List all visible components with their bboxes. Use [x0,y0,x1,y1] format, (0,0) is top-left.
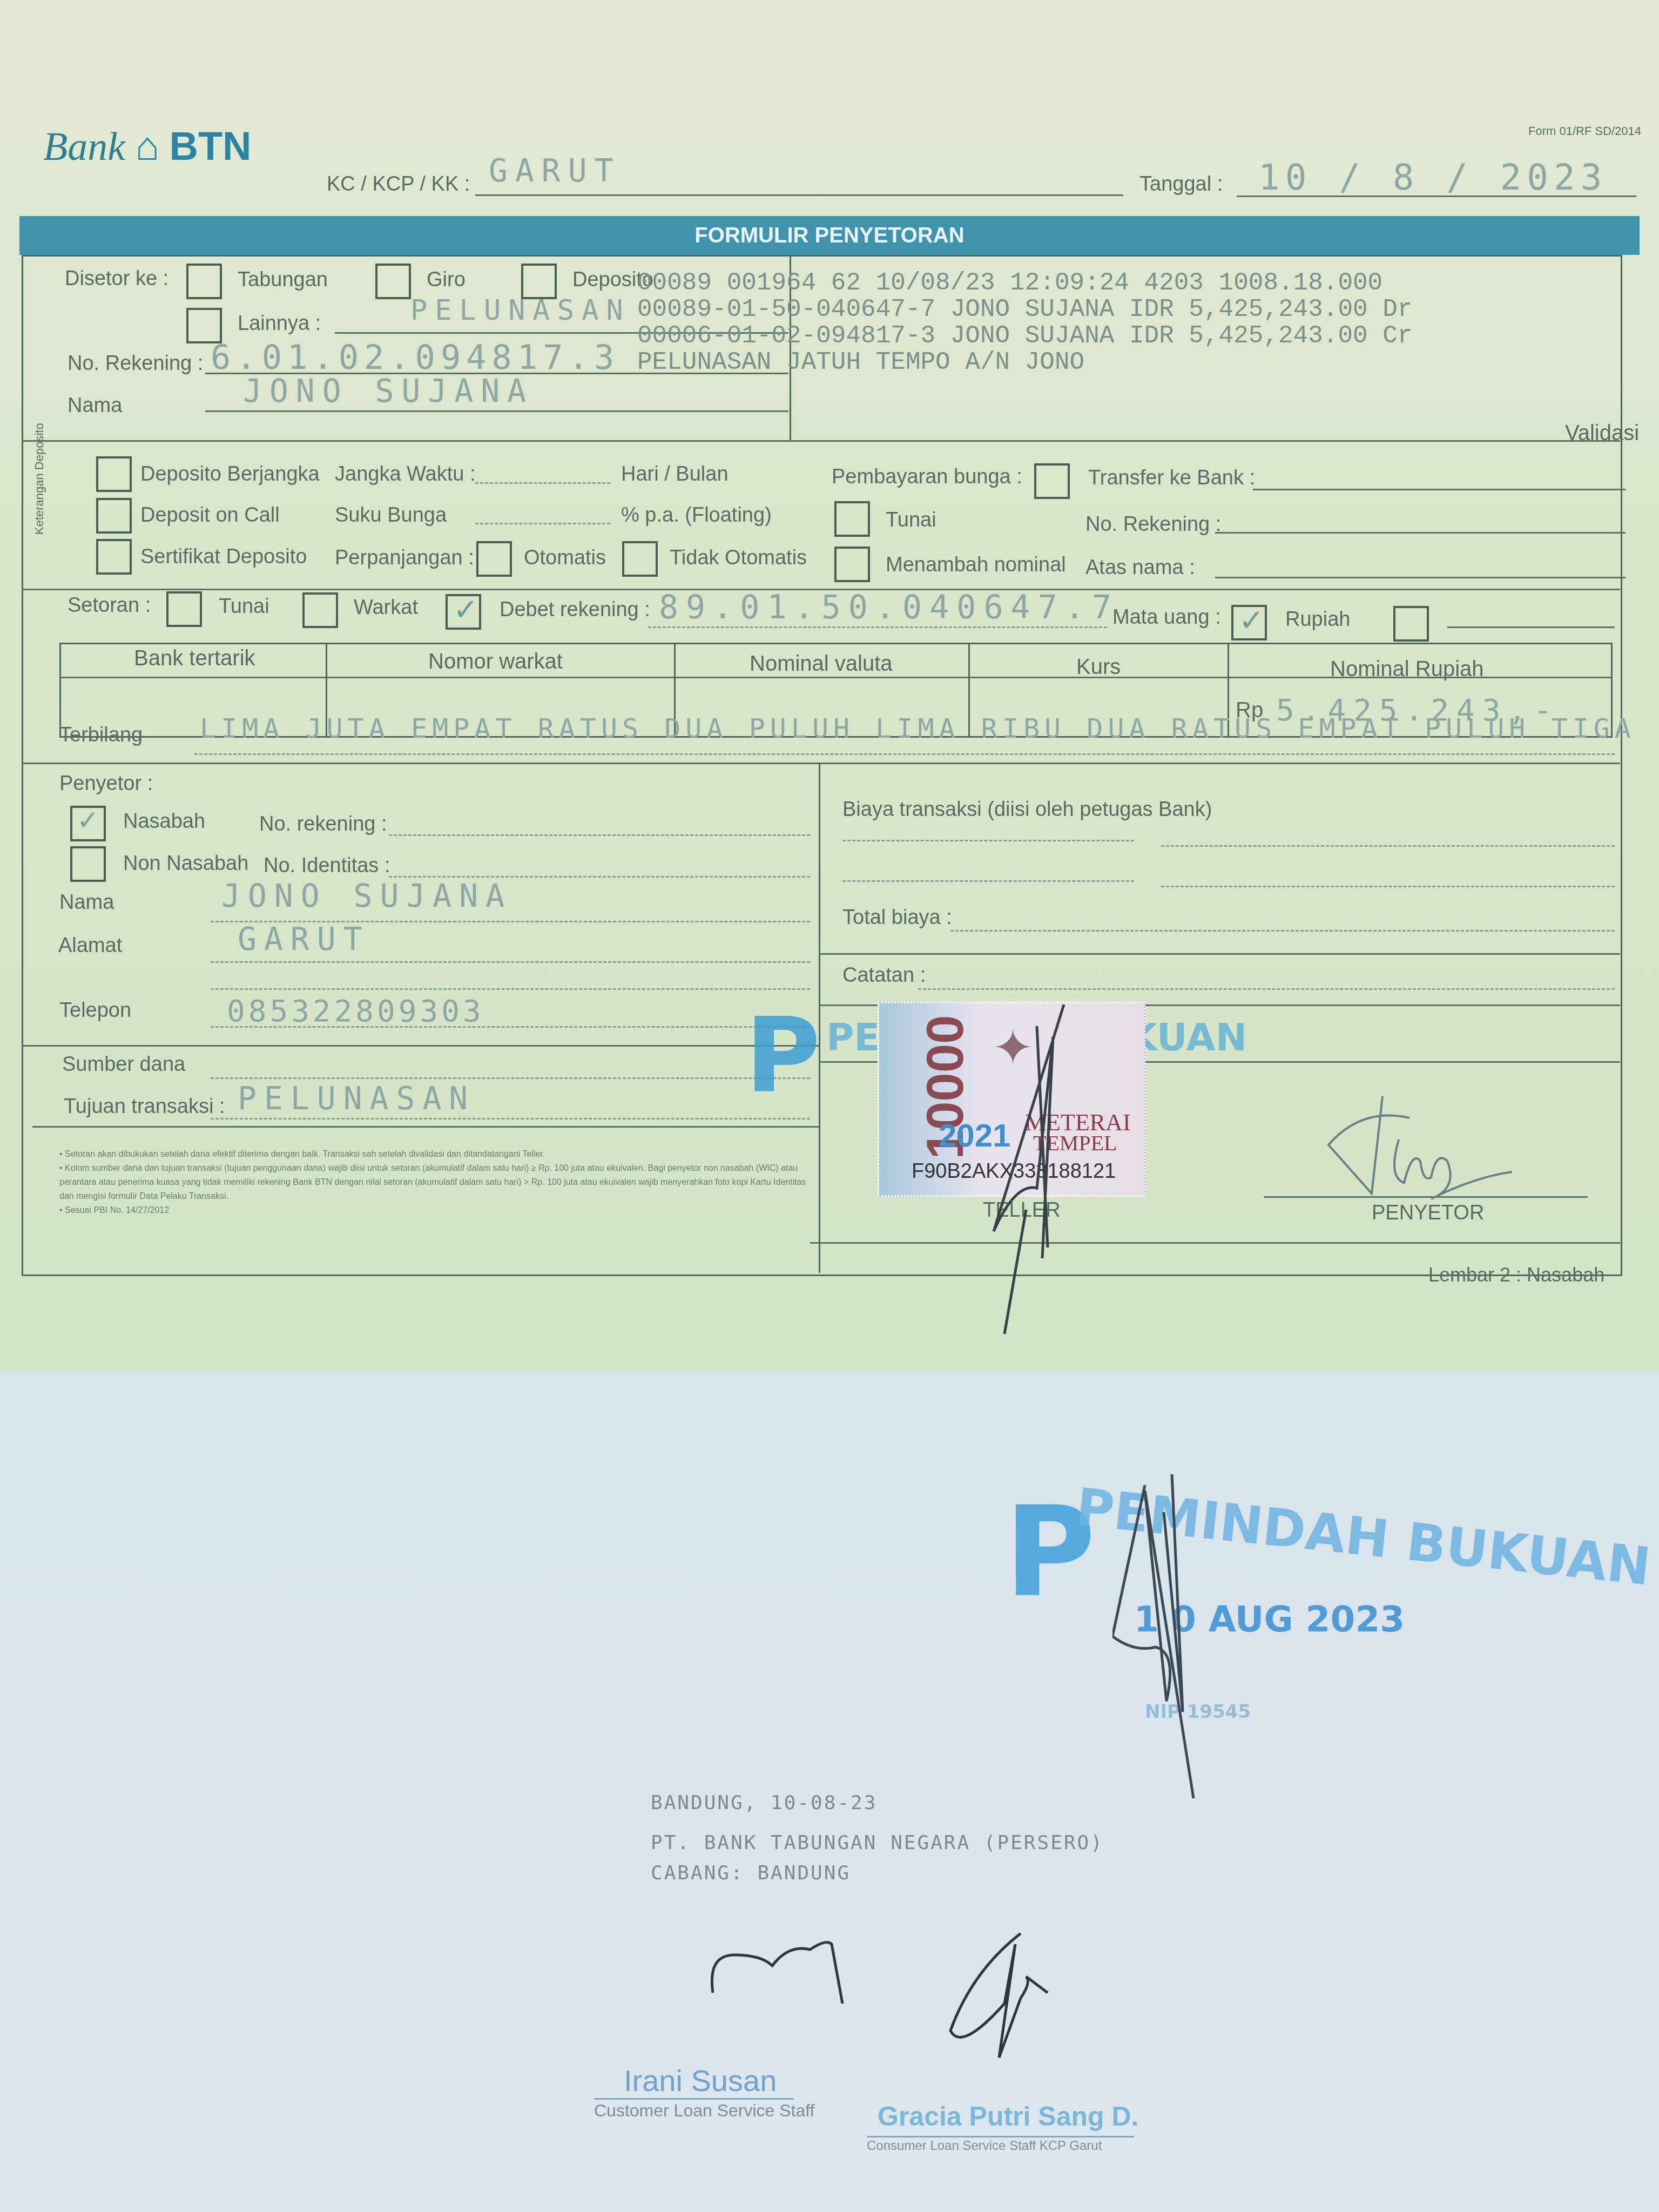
atas-nama-label: Atas nama : [1085,556,1195,579]
checkbox-setoran-warkat[interactable] [302,592,338,628]
alamat-label: Alamat [58,934,122,957]
checkbox-rupiah[interactable]: ✓ [1231,605,1267,640]
checkbox-debet-rekening[interactable]: ✓ [446,594,481,630]
validation-line-4: PELUNASAN JATUH TEMPO A/N JONO [637,348,1084,376]
branch-value[interactable]: GARUT [489,152,621,189]
checkbox-sertifikat-deposito[interactable] [96,539,132,575]
form-title: FORMULIR PENYETORAN [19,216,1640,255]
checkbox-other-currency[interactable] [1393,606,1429,642]
debet-rekening-value[interactable]: 89.01.50.040647.7 [659,589,1119,626]
biaya-transaksi-label: Biaya transaksi (diisi oleh petugas Bank… [842,798,1212,821]
option-giro: Giro [427,268,466,292]
tujuan-transaksi-value[interactable]: PELUNASAN [238,1080,475,1117]
setoran-tunai-option: Tunai [219,595,269,618]
signature-irani [702,1923,853,2009]
no-rekening-label: No. Rekening : [68,352,203,375]
header-nominal-valuta: Nominal valuta [750,652,893,676]
endorsement-date: BANDUNG, 10-08-23 [651,1792,877,1814]
setoran-label: Setoran : [68,594,151,617]
checkbox-tabungan[interactable] [186,264,222,299]
nama-value[interactable]: JONO SUJANA [243,373,534,409]
no-rekening-value[interactable]: 6.01.02.094817.3 [211,338,619,377]
suku-bunga-label: Suku Bunga [335,504,447,527]
penyetor-signature [1296,1085,1545,1215]
option-tabungan: Tabungan [238,268,328,292]
pembayaran-bunga-label: Pembayaran bunga : [832,466,1022,489]
endorsement-bank: PT. BANK TABUNGAN NEGARA (PERSERO) [651,1832,1104,1854]
telepon-value[interactable]: 085322809303 [227,994,484,1029]
validation-line-3: 00006-01-02-094817-3 JONO SUJANA IDR 5,4… [637,322,1412,350]
perpanjangan-label: Perpanjangan : [335,547,474,570]
tunai-bunga-option: Tunai [886,509,936,532]
header-nomor-warkat: Nomor warkat [428,650,563,674]
checkbox-giro[interactable] [375,264,411,299]
note-item: • Sesuai PBI No. 14/27/2012 [59,1204,815,1218]
note-item: • Setoran akan dibukukan setelah dana ef… [59,1148,815,1162]
bunga-no-rekening-label: No. Rekening : [1085,513,1221,536]
teller-signature [983,1004,1091,1339]
penyetor-label: Penyetor : [59,772,153,795]
deposit-on-call: Deposit on Call [140,504,280,527]
logo-bank-word: Bank [43,125,125,169]
checkbox-setoran-tunai[interactable] [166,591,202,627]
tujuan-transaksi-label: Tujuan transaksi : [64,1095,225,1118]
suku-bunga-unit: % p.a. (Floating) [621,504,772,527]
header-nominal-rupiah: Nominal Rupiah [1330,657,1484,682]
menambah-nominal-option: Menambah nominal [886,554,1066,577]
check-mark-icon: ✓ [1239,603,1264,638]
setoran-warkat-option: Warkat [354,596,418,619]
checkbox-otomatis[interactable] [476,541,512,577]
checkbox-menambah-nominal[interactable] [834,547,870,582]
alamat-value[interactable]: GARUT [238,921,370,957]
checkbox-deposito-berjangka[interactable] [96,456,132,492]
checkbox-tidak-otomatis[interactable] [622,541,658,577]
transfer-ke-bank-option: Transfer ke Bank : [1088,467,1255,490]
logo-btn: BTN [169,124,251,168]
disetor-ke-label: Disetor ke : [65,267,168,291]
note-item: • Kolom sumber dana dan tujuan transaksi… [59,1162,815,1204]
non-nasabah-option: Non Nasabah [123,852,248,875]
telepon-label: Telepon [59,999,131,1022]
tidak-otomatis-option: Tidak Otomatis [670,547,807,570]
check-mark-icon: ✓ [77,805,99,836]
form-code: Form 01/RF SD/2014 [1528,124,1641,138]
header-bank-tertarik: Bank tertarik [134,646,255,671]
notes-list: • Setoran akan dibukukan setelah dana ef… [59,1148,815,1218]
debet-rekening-option: Debet rekening : [500,598,650,622]
sheet-label: Lembar 2 : Nasabah [1428,1264,1604,1286]
pemindah-bukuan-stamp-form: P [745,1004,820,1107]
sumber-dana-label: Sumber dana [62,1053,185,1076]
nasabah-no-rekening-label: No. rekening : [259,813,387,836]
terbilang-value[interactable]: LIMA JUTA EMPAT RATUS DUA PULUH LIMA RIB… [200,713,1636,744]
otomatis-option: Otomatis [524,547,606,570]
signatory-2-title: Consumer Loan Service Staff KCP Garut [867,2139,1102,2154]
nama-label: Nama [68,394,122,417]
date-value[interactable]: 10 / 8 / 2023 [1258,157,1608,198]
checkbox-nasabah[interactable]: ✓ [70,806,106,841]
no-identitas-label: No. Identitas : [264,854,390,878]
mata-uang-label: Mata uang : [1112,606,1221,629]
checkbox-deposit-on-call[interactable] [96,498,132,534]
total-biaya-label: Total biaya : [842,906,952,929]
validation-line-2: 00089-01-50-040647-7 JONO SUJANA IDR 5,4… [637,295,1412,323]
signatory-1-name: Irani Susan [624,2063,777,2098]
header-kurs: Kurs [1076,655,1121,679]
sertifikat-deposito: Sertifikat Deposito [140,545,307,569]
signatory-2-name: Gracia Putri Sang D. [878,2101,1138,2132]
validasi-label: Validasi [1565,421,1639,446]
check-mark-icon: ✓ [453,592,478,628]
endorsement-branch: CABANG: BANDUNG [651,1862,851,1884]
checkbox-tunai-bunga[interactable] [834,501,870,537]
jangka-waktu-label: Jangka Waktu : [335,463,476,486]
keterangan-deposito-label: Keterangan Deposito [32,423,46,535]
nasabah-option: Nasabah [123,810,205,833]
penyetor-nama-value[interactable]: JONO SUJANA [221,878,512,914]
stamp-signature [1112,1474,1210,1798]
signatory-1-title: Customer Loan Service Staff [594,2101,815,2121]
signature-gracia [940,1928,1080,2068]
date-label: Tanggal : [1139,173,1223,196]
validation-line-1: 00089 001964 62 10/08/23 12:09:24 4203 1… [637,269,1382,297]
deposito-berjangka: Deposito Berjangka [140,463,320,486]
lainnya-value[interactable]: PELUNASAN [410,294,631,327]
penyetor-nama-label: Nama [59,891,114,914]
terbilang-label: Terbilang [59,724,143,747]
jangka-waktu-unit: Hari / Bulan [621,463,729,486]
rupiah-option: Rupiah [1285,608,1350,631]
catatan-label: Catatan : [842,964,926,987]
option-lainnya: Lainnya : [238,312,321,335]
checkbox-transfer-ke-bank[interactable] [1034,463,1070,499]
checkbox-non-nasabah[interactable] [70,846,106,882]
branch-label: KC / KCP / KK : [327,173,470,196]
bank-btn-logo: Bank ⌂ BTN [43,123,252,170]
house-icon: ⌂ [136,125,159,169]
